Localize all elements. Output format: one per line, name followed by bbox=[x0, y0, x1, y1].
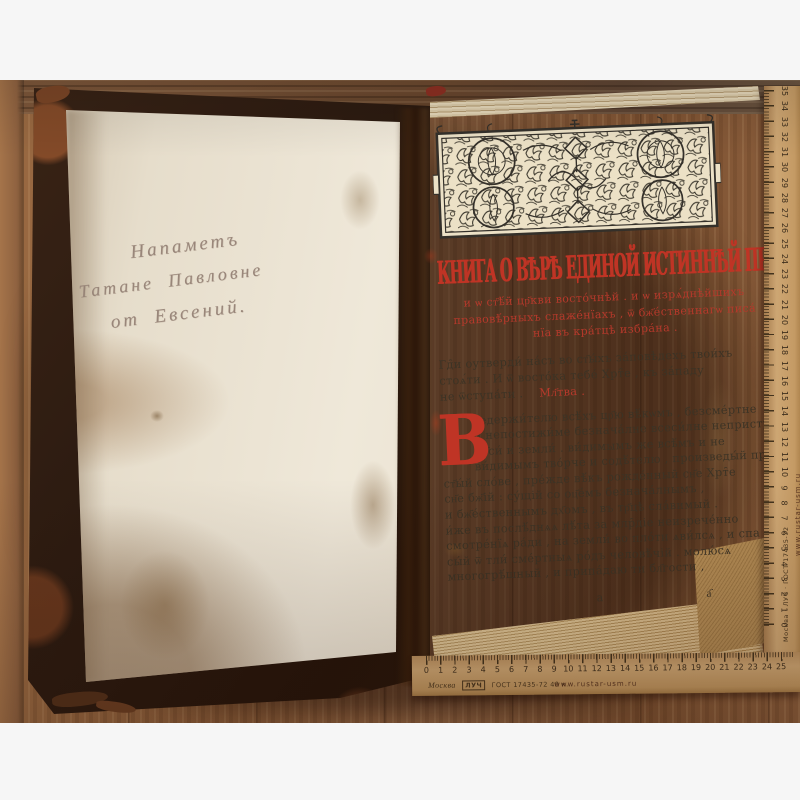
ruler-number: 10 bbox=[779, 467, 789, 477]
spine-gutter bbox=[396, 108, 432, 686]
ruler-number: 2 bbox=[779, 592, 789, 597]
stain bbox=[350, 460, 396, 550]
subtitle-line: нїа въ кра́тцѣ избра́на . bbox=[437, 316, 773, 347]
ruler-number: 25 bbox=[776, 662, 787, 671]
headpiece-woodcut bbox=[431, 112, 724, 248]
ruler-number: 11 bbox=[779, 452, 789, 462]
ruler-number: 24 bbox=[779, 254, 789, 264]
ruler-number: 3 bbox=[779, 576, 789, 581]
ruler-number: 4 bbox=[779, 561, 789, 566]
ruler-number: 29 bbox=[779, 177, 789, 187]
stain bbox=[700, 380, 740, 500]
ruler-brand-text: Москва · ЛУЧ · ГОСТ 17435-72 bbox=[782, 526, 790, 642]
ruler-number: 14 bbox=[779, 406, 789, 416]
ruler-number: 15 bbox=[779, 391, 789, 401]
vertical-ruler: 3534333231302928272625242322212019181716… bbox=[764, 86, 800, 674]
molitva-label: Мл҃тва . bbox=[539, 384, 585, 399]
ruler-number: 23 bbox=[779, 269, 789, 279]
left-pastedown-page bbox=[0, 80, 800, 723]
opening-verse: Гд̑и оутверди́ на́съ во ст҃ы́хъ за́повѣд… bbox=[438, 343, 776, 405]
ruler-number: 28 bbox=[779, 193, 789, 203]
prayer-line: ви́димымъ тво́рче и содѣ́телю , произвед… bbox=[475, 447, 779, 475]
red-endband bbox=[425, 85, 446, 98]
ruler-number: 0 bbox=[421, 666, 432, 675]
headpiece-finials bbox=[437, 115, 713, 135]
ruler-brand-text: Москва ЛУЧ ГОСТ 17435-72 40 к. bbox=[428, 679, 569, 689]
signature-row: а а҃ bbox=[448, 584, 784, 614]
ruler-number: 5 bbox=[779, 546, 789, 551]
opening-line: Гд̑и оутверди́ на́съ во ст҃ы́хъ за́повѣд… bbox=[438, 343, 774, 373]
ruler-number: 3 bbox=[463, 665, 474, 674]
stain bbox=[120, 550, 210, 660]
ruler-number: 32 bbox=[779, 132, 789, 142]
drop-cap-initial: В bbox=[436, 404, 492, 476]
subtitle-red: и ѡ ст҃ѣ́й цр҃кви восто́чнѣй . и ѡ изрѧ́… bbox=[436, 283, 774, 347]
prayer-line: многогрѣ́шный , и припа́даю ти бл҃гости … bbox=[447, 556, 783, 586]
subtitle-line: правовѣ́рныхъ слаже́нїахъ , ѿ бж҃е́ствен… bbox=[437, 299, 773, 330]
ruler-number: 6 bbox=[779, 531, 789, 536]
stain bbox=[444, 542, 466, 558]
ruler-number: 34 bbox=[779, 101, 789, 111]
book-shadow bbox=[18, 98, 778, 713]
ruler-number: 17 bbox=[662, 663, 673, 672]
ruler-number: 7 bbox=[779, 515, 789, 520]
torn-leather-scrap bbox=[35, 83, 72, 106]
stain bbox=[648, 176, 678, 200]
ruler-number: 20 bbox=[705, 663, 716, 672]
ruler-number: 2 bbox=[449, 666, 460, 675]
ruler-number: 24 bbox=[761, 662, 772, 671]
ruler-number: 0 bbox=[779, 622, 789, 627]
torn-leather-scrap bbox=[51, 689, 108, 709]
prayer-line: нб҃си́ и земли́ . ви́димымъ же всѣ́мъ и … bbox=[474, 431, 778, 459]
ruler-number: 20 bbox=[779, 315, 789, 325]
ruler-number: 13 bbox=[605, 664, 616, 673]
ruler-number: 35 bbox=[779, 86, 789, 96]
wood-plank-left bbox=[0, 80, 24, 723]
ruler-number: 31 bbox=[779, 147, 789, 157]
prayer-paragraph: В седержи́телю всѣ́хъ цр҃ю вѣ́кѡмъ , без… bbox=[441, 400, 784, 585]
prayer-line: и бж҃е́ственнымъ дх҃омъ , въ тр҃цѣ сла́в… bbox=[445, 494, 781, 524]
right-printed-page bbox=[0, 80, 800, 723]
ruler-number: 1 bbox=[435, 666, 446, 675]
ruler-brand-city: Москва bbox=[428, 681, 456, 690]
ruler-number: 12 bbox=[591, 664, 602, 673]
ruler-brand-logo: ЛУЧ bbox=[462, 680, 485, 690]
stain bbox=[430, 410, 442, 436]
prayer-line: седержи́телю всѣ́хъ цр҃ю вѣ́кѡмъ , безсм… bbox=[473, 400, 777, 428]
ruler-number: 4 bbox=[478, 665, 489, 674]
ruler-number: 1 bbox=[779, 607, 789, 612]
torn-leather-scrap bbox=[95, 699, 136, 714]
prayer-line: ст҃ы́й сло́ве , пре́жде вѣ́къ рожде́нный… bbox=[443, 462, 779, 492]
ruler-cm-ticks bbox=[764, 90, 774, 628]
inscription-line: Напаметъ bbox=[129, 218, 326, 264]
ruler-mm-ticks bbox=[764, 90, 769, 628]
ruler-number: 33 bbox=[779, 116, 789, 126]
page-block-corner-edge bbox=[0, 80, 800, 723]
page-block-top-edge bbox=[0, 80, 800, 723]
signature-mark-center: а bbox=[596, 591, 603, 604]
wood-plank-top bbox=[0, 80, 800, 114]
ruler-number: 10 bbox=[563, 664, 574, 673]
ruler-number: 15 bbox=[634, 664, 645, 673]
ruler-brand-price: 40 к. bbox=[550, 680, 568, 688]
ruler-number: 19 bbox=[779, 330, 789, 340]
photograph: Напаметъ Татане Павловне от Евсений. bbox=[0, 80, 800, 723]
right-page-content: КНИГА О ВѢРѢ ЕДИНОЙ ИСТИННѢЙ ПРАВОСЛАВНѢ… bbox=[428, 96, 785, 614]
ruler-number: 17 bbox=[779, 360, 789, 370]
ruler-number: 18 bbox=[779, 345, 789, 355]
ruler-number: 9 bbox=[779, 485, 789, 490]
prayer-line: и непостижи́ме безнача́лне всеси́лне неп… bbox=[473, 416, 777, 444]
ruler-number: 13 bbox=[779, 421, 789, 431]
stain bbox=[150, 410, 164, 422]
ruler-brand-gost: ГОСТ 17435-72 bbox=[492, 681, 548, 690]
ruler-number: 23 bbox=[747, 662, 758, 671]
ruler-number: 8 bbox=[779, 500, 789, 505]
ink-bleedthrough bbox=[749, 307, 791, 598]
ruler-number: 21 bbox=[719, 663, 730, 672]
horizontal-ruler: 0123456789101112131415161718192021222324… bbox=[412, 652, 800, 696]
signature-mark-corner: а҃ bbox=[706, 587, 711, 600]
ruler-numbers: 0123456789101112131415161718192021222324… bbox=[421, 662, 787, 675]
headpiece-medallions bbox=[468, 130, 687, 228]
ruler-number: 14 bbox=[620, 664, 631, 673]
ruler-number: 5 bbox=[492, 665, 503, 674]
watermark-text: www.rustar-usm.ru bbox=[794, 473, 800, 556]
page-block-bottom-edge bbox=[0, 80, 800, 723]
ruler-number: 27 bbox=[779, 208, 789, 218]
stain bbox=[340, 170, 380, 230]
opening-line: не ѿступа́ти .Мл҃тва . bbox=[440, 375, 776, 405]
ruler-number: 16 bbox=[648, 663, 659, 672]
ruler-number: 30 bbox=[779, 162, 789, 172]
inscription-line: от Евсений. bbox=[110, 285, 335, 334]
prayer-line: и́же въ послѣ́днѧѧ лѣ́та за млр̑діе неиз… bbox=[445, 509, 781, 539]
ruler-number: 25 bbox=[779, 238, 789, 248]
ruler-number: 22 bbox=[779, 284, 789, 294]
handwritten-dedication: Напаметъ Татане Павловне от Евсений. bbox=[95, 218, 334, 334]
prayer-line: смотре́нїѧ ра́ди , на земли́ во пло́ти ѧ… bbox=[446, 525, 782, 555]
ruler-number: 22 bbox=[733, 663, 744, 672]
opening-line-text: не ѿступа́ти . bbox=[440, 387, 524, 403]
ruler-number: 18 bbox=[676, 663, 687, 672]
stain bbox=[424, 248, 438, 264]
ruler-numbers: 3534333231302928272625242322212019181716… bbox=[777, 86, 791, 630]
prayer-line: сы́й ѿ тли́ сме́ртныѧ ро́дъ человѣ́чій .… bbox=[447, 540, 783, 570]
leather-cover-left bbox=[0, 80, 800, 723]
prayer-line: сн҃е бж҃ій : су́щій со оц҃е́мъ безнача́л… bbox=[444, 478, 780, 508]
ruler-mm-ticks bbox=[426, 652, 794, 661]
subtitle-line: и ѡ ст҃ѣ́й цр҃кви восто́чнѣй . и ѡ изрѧ́… bbox=[436, 283, 772, 314]
ruler-cm-ticks bbox=[426, 652, 794, 665]
ruler-number: 12 bbox=[779, 437, 789, 447]
opening-line: стоѧ́ти . И ѿ восто́ка тебе́ Хрт̑е , къ … bbox=[439, 359, 775, 389]
ruler-number: 6 bbox=[506, 665, 517, 674]
inscription-line: Татане Павловне bbox=[78, 251, 331, 303]
book-title-vyaz: КНИГА О ВѢРѢ ЕДИНОЙ ИСТИННѢЙ ПРАВОСЛАВНѢ… bbox=[435, 228, 755, 307]
ruler-number: 9 bbox=[549, 664, 560, 673]
photo-frame: Напаметъ Татане Павловне от Евсений. bbox=[0, 0, 800, 800]
ruler-number: 7 bbox=[520, 665, 531, 674]
watermark-text: www.rustar-usm.ru bbox=[554, 680, 637, 689]
ruler-number: 8 bbox=[534, 665, 545, 674]
ruler-number: 11 bbox=[577, 664, 588, 673]
ruler-number: 19 bbox=[690, 663, 701, 672]
ruler-number: 26 bbox=[779, 223, 789, 233]
ruler-number: 21 bbox=[779, 299, 789, 309]
ruler-number: 16 bbox=[779, 376, 789, 386]
